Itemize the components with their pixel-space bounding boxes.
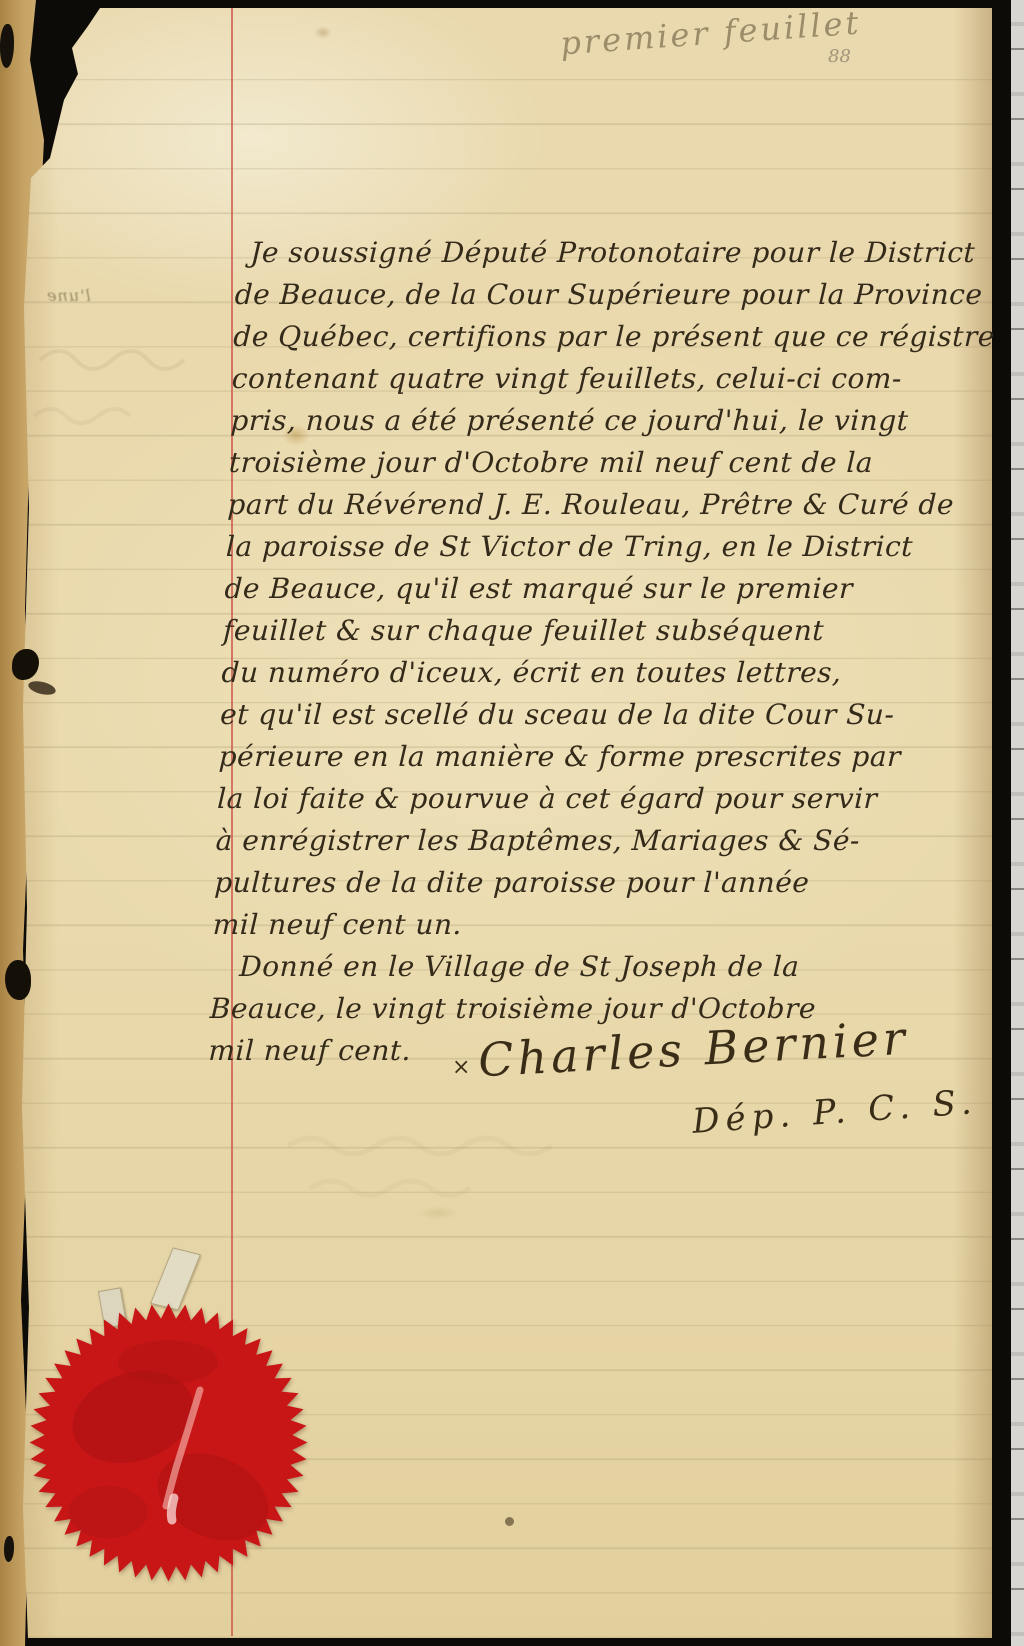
signature-mark: × [452, 1055, 470, 1080]
body-line: de Beauce, qu'il est marqué sur le premi… [224, 568, 941, 610]
body-line: Je soussigné Député Protonotaire pour le… [236, 232, 953, 274]
bleedthrough-text: l'une [46, 286, 91, 305]
body-line: du numéro d'iceux, écrit en toutes lettr… [221, 652, 938, 694]
body-line: et qu'il est scellé du sceau de la dite … [219, 694, 936, 736]
body-line: pultures de la dite paroisse pour l'anné… [214, 862, 931, 904]
body-line: de Beauce, de la Cour Supérieure pour la… [234, 274, 951, 316]
binding-hole [5, 960, 31, 1000]
body-line: troisième jour d'Octobre mil neuf cent d… [228, 442, 945, 484]
scanned-register-page: premier feuillet 88 l'une Je soussigné D… [0, 0, 1024, 1646]
body-line: périeure en la manière & forme prescrite… [218, 736, 935, 778]
body-line: part du Révérend J. E. Rouleau, Prêtre &… [227, 484, 944, 526]
body-line: Donné en le Village de St Joseph de la [211, 946, 928, 988]
scan-background-edge [1011, 0, 1024, 1646]
body-line: mil neuf cent un. [212, 904, 929, 946]
body-line: de Québec, certifions par le présent que… [233, 316, 950, 358]
certificate-body: Je soussigné Député Protonotaire pour le… [208, 232, 953, 1072]
body-line: contenant quatre vingt feuillets, celui-… [231, 358, 948, 400]
header-folio-number: 88 [828, 46, 851, 67]
notarial-seal [28, 1302, 309, 1583]
body-line: la loi faite & pourvue à cet égard pour … [216, 778, 933, 820]
body-line: pris, nous a été présenté ce jourd'hui, … [230, 400, 947, 442]
body-line: à enrégistrer les Baptêmes, Mariages & S… [215, 820, 932, 862]
body-line: la paroisse de St Victor de Tring, en le… [225, 526, 942, 568]
body-line: feuillet & sur chaque feuillet subséquen… [222, 610, 939, 652]
